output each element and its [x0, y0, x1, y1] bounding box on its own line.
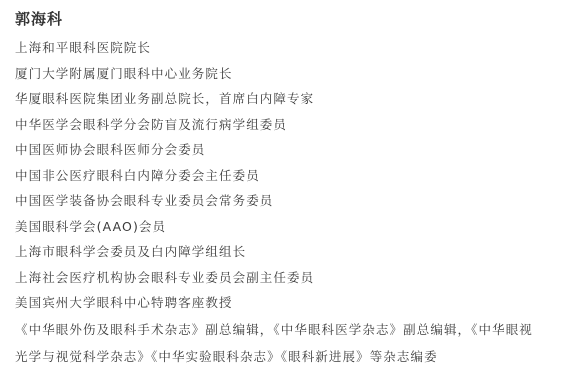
titles-list: 上海和平眼科医院院长 厦门大学附属厦门眼科中心业务院长 华厦眼科医院集团业务副总…	[15, 35, 555, 316]
title-item: 上海市眼科学会委员及白内障学组组长	[15, 239, 555, 265]
title-item: 华厦眼科医院集团业务副总院长，首席白内障专家	[15, 86, 555, 112]
title-item: 中国医师协会眼科医师分会委员	[15, 137, 555, 163]
journal-editorial-roles: 《中华眼外伤及眼科手术杂志》副总编辑，《中华眼科医学杂志》副总编辑，《中华眼视 …	[15, 316, 555, 370]
doctor-name: 郭海科	[15, 9, 63, 29]
title-item: 中国医学装备协会眼科专业委员会常务委员	[15, 188, 555, 214]
title-item: 上海社会医疗机构协会眼科专业委员会副主任委员	[15, 265, 555, 291]
journals-line-2: 光学与视觉科学杂志》《中华实验眼科杂志》《眼科新进展》等杂志编委	[15, 343, 555, 370]
title-item: 厦门大学附属厦门眼科中心业务院长	[15, 61, 555, 87]
title-item: 中华医学会眼科学分会防盲及流行病学组委员	[15, 112, 555, 138]
title-item: 美国宾州大学眼科中心特聘客座教授	[15, 290, 555, 316]
title-item: 中国非公医疗眼科白内障分委会主任委员	[15, 163, 555, 189]
title-item: 上海和平眼科医院院长	[15, 35, 555, 61]
journals-line-1: 《中华眼外伤及眼科手术杂志》副总编辑，《中华眼科医学杂志》副总编辑，《中华眼视	[15, 316, 555, 343]
title-item: 美国眼科学会(AAO)会员	[15, 214, 555, 240]
